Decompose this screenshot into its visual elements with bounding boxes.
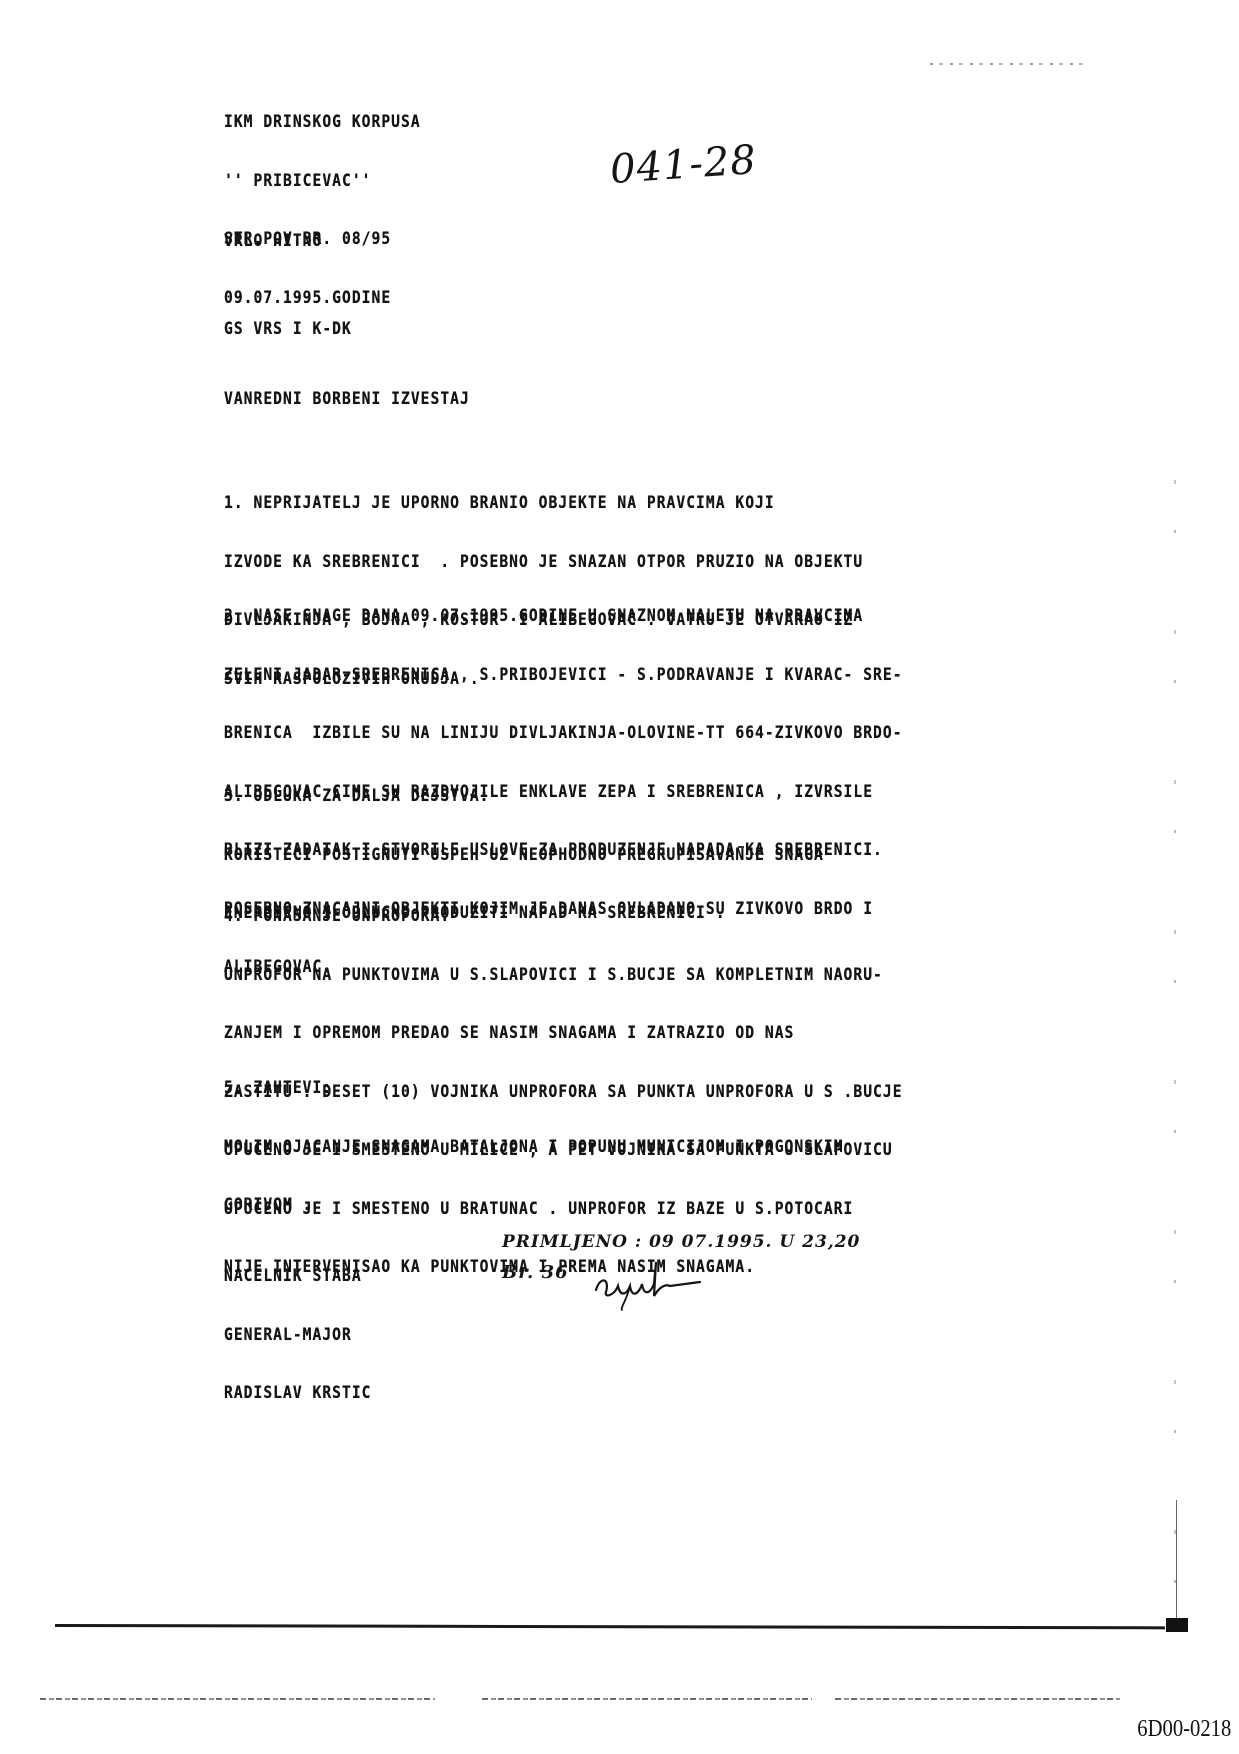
section-line: UNPROFOR NA PUNKTOVIMA U S.SLAPOVICI I S… <box>224 966 903 986</box>
handwritten-signature <box>590 1256 710 1312</box>
section-line: ZELENI JADAR-SREBRENICA , S.PRIBOJEVICI … <box>224 666 903 686</box>
rule-end-mark <box>1166 1618 1188 1632</box>
section-line: 4. PONASANJE UNPROFORA: <box>224 907 903 927</box>
dotted-rule-segment <box>835 1698 1120 1700</box>
section-line: MOLIM OJACANJE SNAGAMA BATALJONA I POPUN… <box>224 1138 844 1158</box>
document-title: VANREDNI BORBENI IZVESTAJ <box>224 390 470 410</box>
dotted-rule-segment <box>482 1698 812 1700</box>
priority-label: VRLO HITNO <box>224 232 322 252</box>
scan-speck <box>738 846 744 848</box>
scan-margin-artifacts <box>1174 420 1176 1600</box>
section-line: BRENICA IZBILE SU NA LINIJU DIVLJAKINJA-… <box>224 724 903 744</box>
signatory-title: NACELNIK STABA <box>224 1267 372 1287</box>
section-line: GORIVOM . <box>224 1196 844 1216</box>
section-line: 3. ODLUKA ZA DALJA DEJSTVA: <box>224 787 824 807</box>
horizontal-rule <box>55 1624 1165 1629</box>
header-unit: IKM DRINSKOG KORPUSA <box>224 113 421 133</box>
signature-block: NACELNIK STABA GENERAL-MAJOR RADISLAV KR… <box>224 1228 372 1443</box>
dotted-rule-segment <box>40 1698 435 1700</box>
header-location: '' PRIBICEVAC'' <box>224 172 421 192</box>
section-line: 5. ZAHTEVI: <box>224 1079 844 1099</box>
document-page: IKM DRINSKOG KORPUSA '' PRIBICEVAC'' STR… <box>0 0 1239 1754</box>
section-line: KORISTECI POSTIGNUTI USPEH UZ NEOPHODNO … <box>224 846 824 866</box>
section-line: 2. NASE SNAGE DANA 09.07.1995.GODINE U S… <box>224 607 903 627</box>
header-date: 09.07.1995.GODINE <box>224 289 421 309</box>
recipients: GS VRS I K-DK <box>224 320 352 340</box>
section-line: 1. NEPRIJATELJ JE UPORNO BRANIO OBJEKTE … <box>224 494 863 514</box>
handwritten-reference: 041-28 <box>609 137 759 193</box>
vertical-rule <box>1176 1500 1177 1618</box>
document-id: 6D00-0218 <box>1137 1716 1231 1743</box>
scan-artifact <box>930 63 1090 65</box>
sender-header: IKM DRINSKOG KORPUSA '' PRIBICEVAC'' STR… <box>224 74 421 347</box>
signatory-name: RADISLAV KRSTIC <box>224 1384 372 1404</box>
signatory-rank: GENERAL-MAJOR <box>224 1326 372 1346</box>
received-number: Br. 36 <box>502 1262 569 1283</box>
section-5: 5. ZAHTEVI: MOLIM OJACANJE SNAGAMA BATAL… <box>224 1040 844 1255</box>
received-timestamp: PRIMLJENO : 09 07.1995. U 23,20 <box>502 1232 860 1252</box>
